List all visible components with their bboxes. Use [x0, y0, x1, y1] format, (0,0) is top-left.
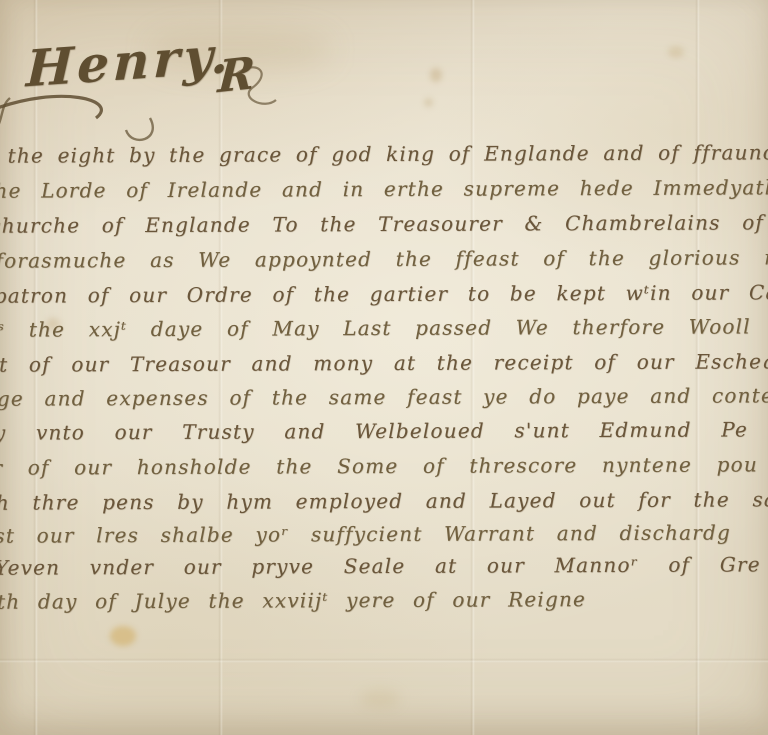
manuscript-line-14: th day of Julye the xxviijᵗ yere of our …: [0, 587, 586, 614]
manuscript-text-block: ) the eight by the grace of god king of …: [0, 0, 768, 735]
manuscript-line-2: the Lorde of Irelande and in erthe supre…: [0, 175, 768, 202]
manuscript-line-9: ly vnto our Trusty and Welbeloued s'unt …: [0, 417, 748, 444]
manuscript-line-6: sˢ the xxjᵗ daye of May Last passed We t…: [0, 314, 751, 341]
manuscript-line-4: forasmuche as We appoynted the ffeast of…: [0, 245, 768, 272]
manuscript-line-12: ist our lres shalbe yoʳ suffycient Warra…: [0, 520, 731, 547]
manuscript-line-11: th thre pens by hym employed and Layed o…: [0, 487, 768, 514]
manuscript-photo: { "document": { "kind": "handwritten man…: [0, 0, 768, 735]
manuscript-line-3: churche of Englande To the Treasourer & …: [0, 210, 768, 238]
manuscript-line-5: patron of our Ordre of the gartier to be…: [0, 280, 768, 307]
manuscript-line-8: rge and expenses of the same feast ye do…: [0, 383, 768, 410]
manuscript-line-7: at of our Treasour and mony at the recei…: [0, 349, 768, 376]
manuscript-line-1: ) the eight by the grace of god king of …: [0, 140, 768, 168]
manuscript-line-10: r of our honsholde the Some of threscore…: [0, 452, 758, 479]
manuscript-line-13: Yeven vnder our pryve Seale at our Manno…: [0, 552, 761, 579]
